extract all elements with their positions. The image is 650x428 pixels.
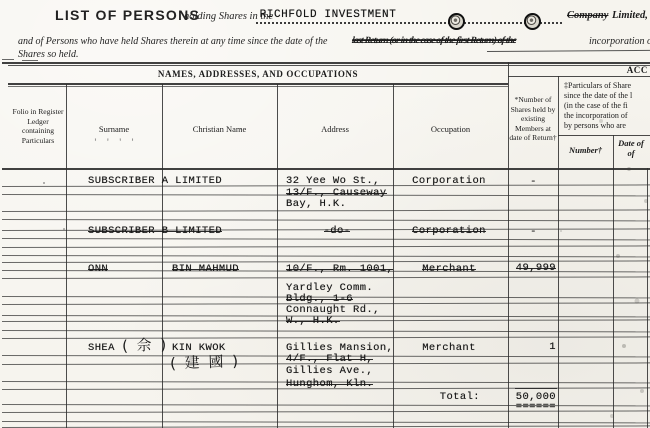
table-entry-text: Bay, H.K. — [286, 199, 346, 210]
table-entry: Merchant — [394, 343, 504, 354]
particulars-line: ‡Particulars of Share — [564, 81, 650, 91]
ruled-line — [8, 86, 508, 87]
scan-noise — [0, 0, 2, 2]
table-entry-text: - — [530, 177, 537, 188]
table-entry: - — [511, 177, 556, 188]
table-entry-text: Merchant — [422, 264, 476, 275]
col-header-shares: *Number of Shares held by existing Membe… — [509, 95, 557, 143]
table-entry: 1 — [511, 342, 556, 353]
ruled-line — [558, 135, 650, 136]
sub-header-date-1: Date of — [611, 138, 650, 148]
particulars-line: the incorporation of — [564, 111, 650, 121]
table-entry-text: 49,999 — [516, 263, 556, 274]
struck-phrase: last Return (or in the case of the first… — [351, 36, 516, 46]
table-entry: Gillies Ave., — [286, 366, 388, 377]
column-border-line — [613, 135, 614, 428]
ruled-line — [2, 330, 650, 332]
col-header-christian-name: Christian Name — [162, 124, 277, 134]
band-account-clipped: ACC — [560, 65, 648, 76]
sub-header-date-2: of — [611, 148, 650, 158]
column-border-line — [277, 84, 278, 428]
table-entry-text: Total: — [440, 392, 480, 403]
column-border-line — [66, 84, 67, 428]
table-entry-text: ( 建 國 ) — [170, 353, 241, 371]
particulars-line: since the date of the l — [564, 91, 650, 101]
ruled-line — [487, 50, 650, 52]
ruled-line — [2, 276, 650, 279]
particulars-line: by persons who are — [564, 121, 650, 131]
col-header-folio: Folio in Register Ledger containing Part… — [12, 107, 64, 145]
table-entry-text: 1 — [549, 342, 556, 353]
col-header-occupation: Occupation — [393, 124, 508, 134]
ruled-line — [8, 83, 508, 85]
col-header-surname: Surname — [66, 124, 162, 134]
table-entry: SUBSCRIBER B LIMITED — [88, 226, 268, 237]
table-entry-text: 10/F., Rm. 1001, — [286, 264, 393, 275]
column-border-line — [162, 84, 163, 428]
column-border-line — [508, 62, 509, 428]
ink-stamp-circle-icon — [524, 13, 541, 30]
intro-line-post: incorporation of the — [589, 36, 650, 48]
col-header-address: Address — [277, 124, 393, 134]
table-entry-text: W., H.K. — [286, 316, 340, 327]
sub-header-number: Number† — [558, 145, 613, 155]
table-entry-text: Corporation — [412, 226, 486, 237]
ruled-line — [2, 168, 650, 170]
column-border-line — [393, 84, 394, 428]
table-entry: - — [511, 227, 556, 238]
particulars-line: (in the case of the fi — [564, 101, 650, 111]
page-title: LIST OF PERSONS — [55, 8, 200, 23]
ruled-line — [8, 65, 650, 66]
ruled-line — [2, 59, 14, 60]
table-entry: -do- — [286, 226, 388, 237]
table-entry: ====== — [511, 402, 556, 413]
ruled-line — [2, 245, 650, 248]
table-entry-text: ONN — [88, 264, 108, 275]
ink-stamp-circle-icon — [448, 13, 465, 30]
table-entry-text: -do- — [324, 226, 351, 237]
table-entry-text: Corporation — [412, 176, 486, 187]
table-entry-text: SHEA — [88, 343, 115, 354]
ruled-line — [2, 62, 650, 64]
table-entry-text: ====== — [516, 402, 556, 413]
table-entry: W., H.K. — [286, 316, 388, 327]
table-entry: 10/F., Rm. 1001, — [286, 264, 388, 275]
table-entry: Corporation — [394, 176, 504, 187]
struck-company-word: Company — [567, 10, 608, 22]
table-entry-text: Merchant — [422, 343, 476, 354]
ruled-line — [2, 238, 650, 240]
table-entry: 4/F., Flat H, — [286, 354, 388, 365]
table-entry-text: 4/F., Flat H, — [286, 354, 373, 365]
ruled-line — [508, 76, 650, 77]
column-border-line — [647, 168, 648, 428]
table-entry-text: Hunghom, Kln. — [286, 379, 373, 390]
table-entry: 49,999 — [511, 263, 556, 274]
table-entry: Corporation — [394, 226, 504, 237]
table-entry: ONN — [88, 264, 160, 275]
column-border-line — [558, 76, 559, 428]
table-entry-text: ( 佘 ) — [122, 336, 169, 354]
table-entry: Merchant — [394, 264, 504, 275]
table-entry: Bay, H.K. — [286, 199, 388, 210]
ruled-line — [22, 60, 38, 61]
ruled-line — [2, 421, 650, 423]
table-entry: BIN MAHMUD — [172, 264, 274, 275]
table-entry-text: - — [530, 227, 537, 238]
table-entry-text: 32 Yee Wo St., — [286, 176, 380, 187]
col-header-particulars: ‡Particulars of Share since the date of … — [564, 81, 650, 131]
ruled-line — [2, 219, 650, 221]
company-suffix-label: Limited, — [612, 10, 648, 22]
intro-line-pre: and of Persons who have held Shares ther… — [18, 36, 327, 48]
table-entry-text: SUBSCRIBER B LIMITED — [88, 226, 222, 237]
table-entry-text: BIN MAHMUD — [172, 264, 239, 275]
scanned-shareholder-register-page: LIST OF PERSONS holding Shares in the RI… — [0, 0, 650, 428]
ruled-line — [2, 255, 650, 257]
ruled-line — [2, 336, 650, 339]
table-entry-text: SUBSCRIBER A LIMITED — [88, 176, 222, 187]
company-name-typed: RICHFOLD INVESTMENT — [258, 9, 398, 21]
table-entry: Total: — [394, 392, 480, 403]
handwritten-chinese-name: ( 建 國 ) — [170, 353, 255, 372]
table-entry: 32 Yee Wo St., — [286, 176, 388, 187]
table-entry: Hunghom, Kln. — [286, 379, 388, 390]
ditto-marks: ' ' ' ' — [70, 138, 160, 149]
band-names-addresses-occupations: NAMES, ADDRESSES, AND OCCUPATIONS — [8, 69, 508, 80]
table-entry-text: Gillies Ave., — [286, 366, 373, 377]
table-entry: SUBSCRIBER A LIMITED — [88, 176, 268, 187]
